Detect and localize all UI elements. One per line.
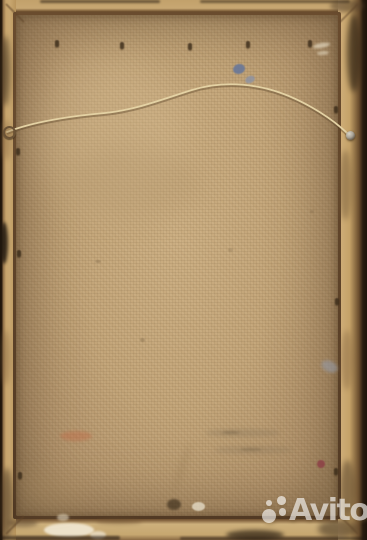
string-screw-right [346, 131, 355, 140]
painting-back-photo: Avito [0, 0, 367, 540]
hanging-string [7, 84, 351, 137]
string-eyelet-left [3, 126, 16, 139]
hanging-string-svg [0, 0, 367, 540]
